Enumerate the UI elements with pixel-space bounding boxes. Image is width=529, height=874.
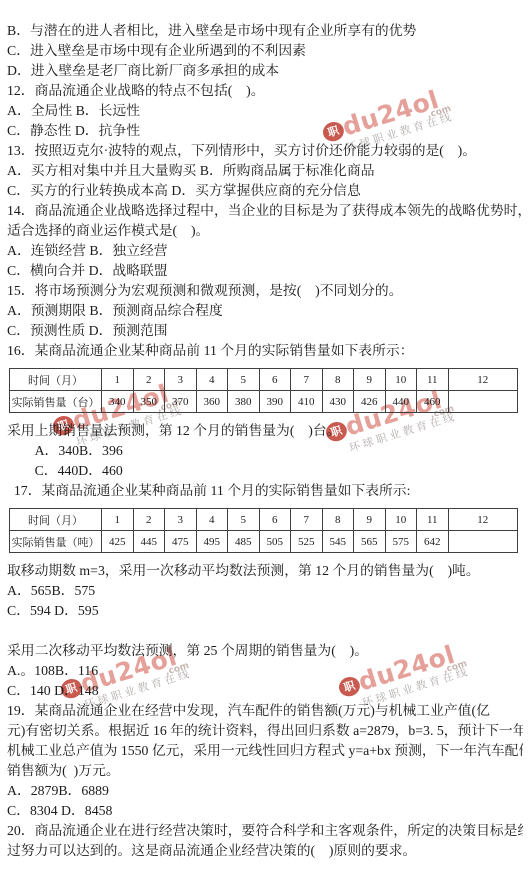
table-cell — [448, 391, 518, 413]
table-row-label: 时间（月） — [10, 509, 102, 531]
table-row-label: 时间（月） — [10, 369, 102, 391]
table-cell: 426 — [354, 391, 386, 413]
table-cell: 4 — [196, 509, 228, 531]
table-cell: 8 — [322, 509, 354, 531]
answer-option-line: C．8304 D．8458 — [7, 801, 523, 821]
answer-option-line: C．预测性质 D．预测范围 — [7, 321, 523, 341]
table-cell: 340 — [102, 391, 134, 413]
table-cell: 7 — [291, 369, 323, 391]
answer-option-line: A．565B．575 — [7, 581, 523, 601]
table-data-row: 实际销售量（台） 3403503703603803904104304264404… — [10, 391, 518, 413]
table-cell: 565 — [354, 531, 386, 553]
question-stem-line: 14．商品流通企业战略选择过程中，当企业的目标是为了获得成本领先的战略优势时， — [7, 201, 523, 221]
table-cell: 460 — [417, 391, 449, 413]
table-cell: 9 — [354, 509, 386, 531]
question-stem-line: 15．将市场预测分为宏观预测和微观预测，是按( )不同划分的。 — [7, 281, 523, 301]
table-cell: 475 — [165, 531, 197, 553]
question-stem-line: 机械工业总产值为 1550 亿元，采用一元线性回归方程式 y=a+bx 预测，下… — [7, 741, 523, 761]
table-cell: 5 — [228, 369, 260, 391]
table-cell: 5 — [228, 509, 260, 531]
answer-option-line: B．与潜在的进人者相比，进入壁垒是市场中现有企业所享有的优势 — [7, 21, 523, 41]
table-cell: 11 — [417, 509, 449, 531]
document-content: B．与潜在的进人者相比，进入壁垒是市场中现有企业所享有的优势 C．进入壁垒是市场… — [0, 0, 529, 874]
table-cell: 545 — [322, 531, 354, 553]
table-cell: 12 — [448, 369, 518, 391]
question-stem-line: 取移动期数 m=3，采用一次移动平均数法预测，第 12 个月的销售量为( )吨。 — [7, 561, 523, 581]
table-cell: 575 — [385, 531, 417, 553]
table-cell: 360 — [196, 391, 228, 413]
table-cell: 390 — [259, 391, 291, 413]
question-stem-line: 18．某商品流通企业某种商品第 20 个周期的 M(1)20=116，M(2)2… — [7, 621, 523, 641]
answer-option-line: C．594 D．595 — [7, 601, 523, 621]
answer-option-line: A.。108B．116 — [7, 661, 523, 681]
sales-table-q16: 时间（月） 123456789101112 实际销售量（台） 340350370… — [9, 368, 518, 413]
answer-option-line: C．140 D．148 — [7, 681, 523, 701]
question-stem-line: 17．某商品流通企业某种商品前 11 个月的实际销售量如下表所示: — [7, 481, 523, 501]
table-cell: 6 — [259, 369, 291, 391]
table-cell: 10 — [385, 509, 417, 531]
table-cell: 3 — [165, 369, 197, 391]
table-header-row: 时间（月） 123456789101112 — [10, 509, 518, 531]
table-cell: 8 — [322, 369, 354, 391]
answer-option-line: A．连锁经营 B．独立经营 — [7, 241, 523, 261]
table-cell: 2 — [133, 369, 165, 391]
table-cell: 4 — [196, 369, 228, 391]
question-stem-line: 过努力可以达到的。这是商品流通企业经营决策的( )原则的要求。 — [7, 841, 523, 861]
question-stem-line: 16．某商品流通企业某种商品前 11 个月的实际销售量如下表所示： — [7, 341, 523, 361]
table-cell: 410 — [291, 391, 323, 413]
question-stem-line: 13．按照迈克尔·波特的观点，下列情形中，买方讨价还价能力较弱的是( )。 — [7, 141, 523, 161]
answer-option-line: C．横向合并 D．战略联盟 — [7, 261, 523, 281]
question-stem-line: 20．商品流通企业在进行经营决策时，要符合科学和主客观条件，所定的决策目标是经 — [7, 821, 523, 841]
table-cell: 430 — [322, 391, 354, 413]
question-stem-line: 采用二次移动平均数法预测，第 25 个周期的销售量为( )。 — [7, 641, 523, 661]
table-cell: 495 — [196, 531, 228, 553]
question-stem-line: 19．某商品流通企业在经营中发现，汽车配件的销售额(万元)与机械工业产值(亿 — [7, 701, 523, 721]
table-cell: 2 — [133, 509, 165, 531]
question-stem-line: 元)有密切关系。根据近 16 年的统计资料，得出回归系数 a=2879，b=3.… — [7, 721, 523, 741]
table-cell: 1 — [102, 369, 134, 391]
exam-document-page: 职 du24ol .com 环球职业教育在线 职 du24ol .com 环球职… — [0, 0, 529, 874]
table-cell: 350 — [133, 391, 165, 413]
table-cell: 440 — [385, 391, 417, 413]
table-cell — [448, 531, 518, 553]
answer-option-line: A．买方相对集中并且大量购买 B．所购商品属于标准化商品 — [7, 161, 523, 181]
table-cell: 505 — [259, 531, 291, 553]
answer-option-line: D．进入壁垒是老厂商比新厂商多承担的成本 — [7, 61, 523, 81]
sales-table-q17: 时间（月） 123456789101112 实际销售量（吨） 425445475… — [9, 508, 518, 553]
question-stem-line: 12．商品流通企业战略的特点不包括( )。 — [7, 81, 523, 101]
table-cell: 380 — [228, 391, 260, 413]
table-cell: 642 — [417, 531, 449, 553]
table-cell: 1 — [102, 509, 134, 531]
answer-option-line: A．2879B．6889 — [7, 781, 523, 801]
question-stem-line: 适合选择的商业运作模式是( )。 — [7, 221, 523, 241]
answer-option-line: C．440D．460 — [7, 461, 523, 481]
table-cell: 445 — [133, 531, 165, 553]
table-cell: 9 — [354, 369, 386, 391]
table-row-label: 实际销售量（吨） — [10, 531, 102, 553]
table-cell: 525 — [291, 531, 323, 553]
answer-option-line: A．全局性 B．长远性 — [7, 101, 523, 121]
table-cell: 10 — [385, 369, 417, 391]
table-cell: 7 — [291, 509, 323, 531]
question-stem-line: 采用上期销售量法预测，第 12 个月的销售量为( )台。 — [7, 421, 523, 441]
table-cell: 485 — [228, 531, 260, 553]
answer-option-line: C．静态性 D．抗争性 — [7, 121, 523, 141]
table-cell: 3 — [165, 509, 197, 531]
answer-option-line: C．买方的行业转换成本高 D．买方掌握供应商的充分信息 — [7, 181, 523, 201]
answer-option-line: A．预测期限 B．预测商品综合程度 — [7, 301, 523, 321]
table-data-row: 实际销售量（吨） 4254454754954855055255455655756… — [10, 531, 518, 553]
table-header-row: 时间（月） 123456789101112 — [10, 369, 518, 391]
question-stem-line: 销售额为( )万元。 — [7, 761, 523, 781]
answer-option-line: A．340B．396 — [7, 441, 523, 461]
table-cell: 425 — [102, 531, 134, 553]
table-cell: 6 — [259, 509, 291, 531]
table-cell: 12 — [448, 509, 518, 531]
table-row-label: 实际销售量（台） — [10, 391, 102, 413]
answer-option-line: C．进入壁垒是市场中现有企业所遇到的不利因素 — [7, 41, 523, 61]
table-cell: 370 — [165, 391, 197, 413]
table-cell: 11 — [417, 369, 449, 391]
